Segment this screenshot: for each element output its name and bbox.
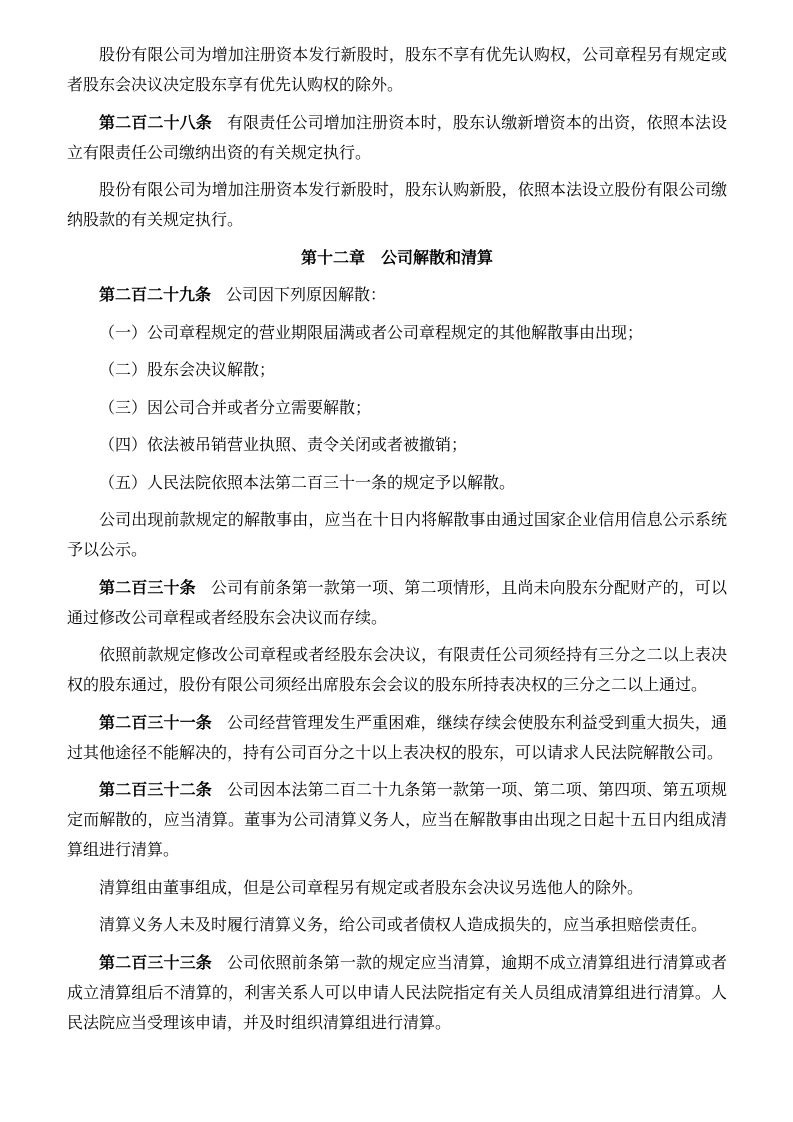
article-number: 第二百二十八条 bbox=[99, 115, 212, 132]
paragraph: 股份有限公司为增加注册资本发行新股时，股东认购新股，依照本法设立股份有限公司缴纳… bbox=[67, 176, 727, 236]
paragraph: 第二百三十二条公司因本法第二百二十九条第一款第一项、第二项、第四项、第五项规定而… bbox=[67, 776, 727, 866]
article-number: 第二百三十三条 bbox=[99, 955, 212, 972]
paragraph-text: 公司出现前款规定的解散事由，应当在十日内将解散事由通过国家企业信用信息公示系统予… bbox=[67, 512, 727, 559]
paragraph-text: 股份有限公司为增加注册资本发行新股时，股东认购新股，依照本法设立股份有限公司缴纳… bbox=[67, 182, 727, 229]
document-page: 股份有限公司为增加注册资本发行新股时，股东不享有优先认购权，公司章程另有规定或者… bbox=[0, 0, 793, 1122]
paragraph: 第二百三十条公司有前条第一款第一项、第二项情形，且尚未向股东分配财产的，可以通过… bbox=[67, 574, 727, 634]
chapter-number: 第十二章 bbox=[301, 250, 365, 267]
paragraph-text: （四）依法被吊销营业执照、责令关闭或者被撤销； bbox=[99, 437, 467, 454]
paragraph: 股份有限公司为增加注册资本发行新股时，股东不享有优先认购权，公司章程另有规定或者… bbox=[67, 41, 727, 101]
article-number: 第二百三十一条 bbox=[99, 715, 212, 732]
paragraph-text: （五）人民法院依照本法第二百三十一条的规定予以解散。 bbox=[99, 475, 515, 492]
paragraph: 清算组由董事组成，但是公司章程另有规定或者股东会决议另选他人的除外。 bbox=[67, 874, 727, 904]
list-item: （三）因公司合并或者分立需要解散； bbox=[67, 394, 727, 424]
paragraph: 第二百二十八条有限责任公司增加注册资本时，股东认缴新增资本的出资，依照本法设立有… bbox=[67, 109, 727, 169]
paragraph-text: 清算义务人未及时履行清算义务，给公司或者债权人造成损失的，应当承担赔偿责任。 bbox=[99, 917, 707, 934]
list-item: （五）人民法院依照本法第二百三十一条的规定予以解散。 bbox=[67, 469, 727, 499]
paragraph-text: （一）公司章程规定的营业期限届满或者公司章程规定的其他解散事由出现； bbox=[99, 325, 643, 342]
paragraph-text: 公司因下列原因解散： bbox=[226, 287, 386, 304]
list-item: （四）依法被吊销营业执照、责令关闭或者被撤销； bbox=[67, 431, 727, 461]
list-item: （一）公司章程规定的营业期限届满或者公司章程规定的其他解散事由出现； bbox=[67, 319, 727, 349]
article-number: 第二百三十二条 bbox=[99, 782, 212, 799]
paragraph: 第二百二十九条公司因下列原因解散： bbox=[67, 281, 727, 311]
paragraph-text: 依照前款规定修改公司章程或者经股东会决议，有限责任公司须经持有三分之二以上表决权… bbox=[67, 647, 727, 694]
chapter-title: 公司解散和清算 bbox=[381, 250, 493, 267]
list-item: （二）股东会决议解散； bbox=[67, 356, 727, 386]
paragraph-text: 股份有限公司为增加注册资本发行新股时，股东不享有优先认购权，公司章程另有规定或者… bbox=[67, 47, 727, 94]
paragraph: 依照前款规定修改公司章程或者经股东会决议，有限责任公司须经持有三分之二以上表决权… bbox=[67, 641, 727, 701]
document-body: 股份有限公司为增加注册资本发行新股时，股东不享有优先认购权，公司章程另有规定或者… bbox=[67, 41, 727, 1039]
chapter-heading: 第十二章公司解散和清算 bbox=[67, 244, 727, 274]
article-number: 第二百三十条 bbox=[99, 580, 196, 597]
paragraph: 清算义务人未及时履行清算义务，给公司或者债权人造成损失的，应当承担赔偿责任。 bbox=[67, 911, 727, 941]
paragraph-text: （二）股东会决议解散； bbox=[99, 362, 275, 379]
paragraph: 第二百三十三条公司依照前条第一款的规定应当清算，逾期不成立清算组进行清算或者成立… bbox=[67, 949, 727, 1039]
paragraph-text: （三）因公司合并或者分立需要解散； bbox=[99, 400, 371, 417]
paragraph-text: 清算组由董事组成，但是公司章程另有规定或者股东会决议另选他人的除外。 bbox=[99, 880, 643, 897]
paragraph: 第二百三十一条公司经营管理发生严重困难，继续存续会使股东利益受到重大损失，通过其… bbox=[67, 709, 727, 769]
article-number: 第二百二十九条 bbox=[99, 287, 211, 304]
paragraph: 公司出现前款规定的解散事由，应当在十日内将解散事由通过国家企业信用信息公示系统予… bbox=[67, 506, 727, 566]
